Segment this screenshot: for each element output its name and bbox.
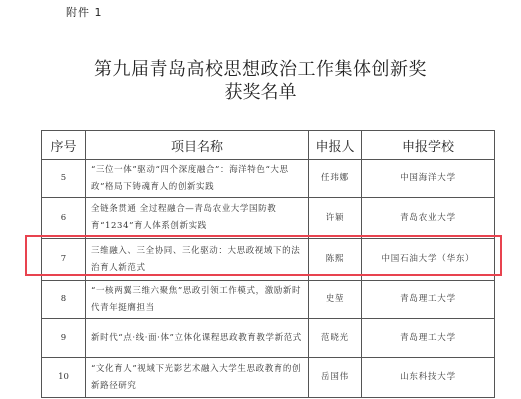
- document-title: 第九届青岛高校思想政治工作集体创新奖: [0, 59, 521, 81]
- table-row: 5 “三位一体”驱动“四个深度融合”：海洋特色“大思政”格局下铸魂育人的创新实践…: [42, 160, 495, 198]
- row-number: 9: [42, 319, 86, 358]
- awards-table: 序号 项目名称 申报人 申报学校 5 “三位一体”驱动“四个深度融合”：海洋特色…: [41, 130, 495, 398]
- row-project: “一核两翼三维六聚焦”思政引领工作模式，激励新时代青年挺膺担当: [86, 281, 309, 319]
- row-number: 7: [42, 239, 86, 281]
- row-school: 山东科技大学: [362, 358, 495, 398]
- header-project: 项目名称: [86, 131, 309, 160]
- header-school: 申报学校: [362, 131, 495, 160]
- table-row: 6 全链条贯通 全过程融合—青岛农业大学国防教育“1234”育人体系创新实践 许…: [42, 198, 495, 239]
- row-school: 青岛理工大学: [362, 281, 495, 319]
- row-school: 青岛农业大学: [362, 198, 495, 239]
- row-project: 三维融入、三全协同、三化驱动：大思政视域下的法治育人新范式: [86, 239, 309, 281]
- table-row: 9 新时代“点·线·面·体”立体化课程思政教育教学新范式 范晓光 青岛理工大学: [42, 319, 495, 358]
- row-number: 5: [42, 160, 86, 198]
- row-applicant: 任玮娜: [309, 160, 362, 198]
- row-applicant: 许颖: [309, 198, 362, 239]
- row-school: 中国海洋大学: [362, 160, 495, 198]
- row-applicant: 范晓光: [309, 319, 362, 358]
- row-project: 全链条贯通 全过程融合—青岛农业大学国防教育“1234”育人体系创新实践: [86, 198, 309, 239]
- row-school: 青岛理工大学: [362, 319, 495, 358]
- table-header-row: 序号 项目名称 申报人 申报学校: [42, 131, 495, 160]
- row-applicant: 史堃: [309, 281, 362, 319]
- row-project: 新时代“点·线·面·体”立体化课程思政教育教学新范式: [86, 319, 309, 358]
- row-applicant: 岳国伟: [309, 358, 362, 398]
- row-number: 10: [42, 358, 86, 398]
- attachment-label: 附件 1: [66, 4, 103, 20]
- table-row: 8 “一核两翼三维六聚焦”思政引领工作模式，激励新时代青年挺膺担当 史堃 青岛理…: [42, 281, 495, 319]
- row-project: “三位一体”驱动“四个深度融合”：海洋特色“大思政”格局下铸魂育人的创新实践: [86, 160, 309, 198]
- row-applicant: 陈熙: [309, 239, 362, 281]
- row-number: 8: [42, 281, 86, 319]
- header-number: 序号: [42, 131, 86, 160]
- row-number: 6: [42, 198, 86, 239]
- table-row: 10 “文化育人”视域下光影艺术融入大学生思政教育的创新路径研究 岳国伟 山东科…: [42, 358, 495, 398]
- row-school: 中国石油大学（华东）: [362, 239, 495, 281]
- row-project: “文化育人”视域下光影艺术融入大学生思政教育的创新路径研究: [86, 358, 309, 398]
- header-applicant: 申报人: [309, 131, 362, 160]
- document-subtitle: 获奖名单: [0, 82, 521, 104]
- table-row-highlighted: 7 三维融入、三全协同、三化驱动：大思政视域下的法治育人新范式 陈熙 中国石油大…: [42, 239, 495, 281]
